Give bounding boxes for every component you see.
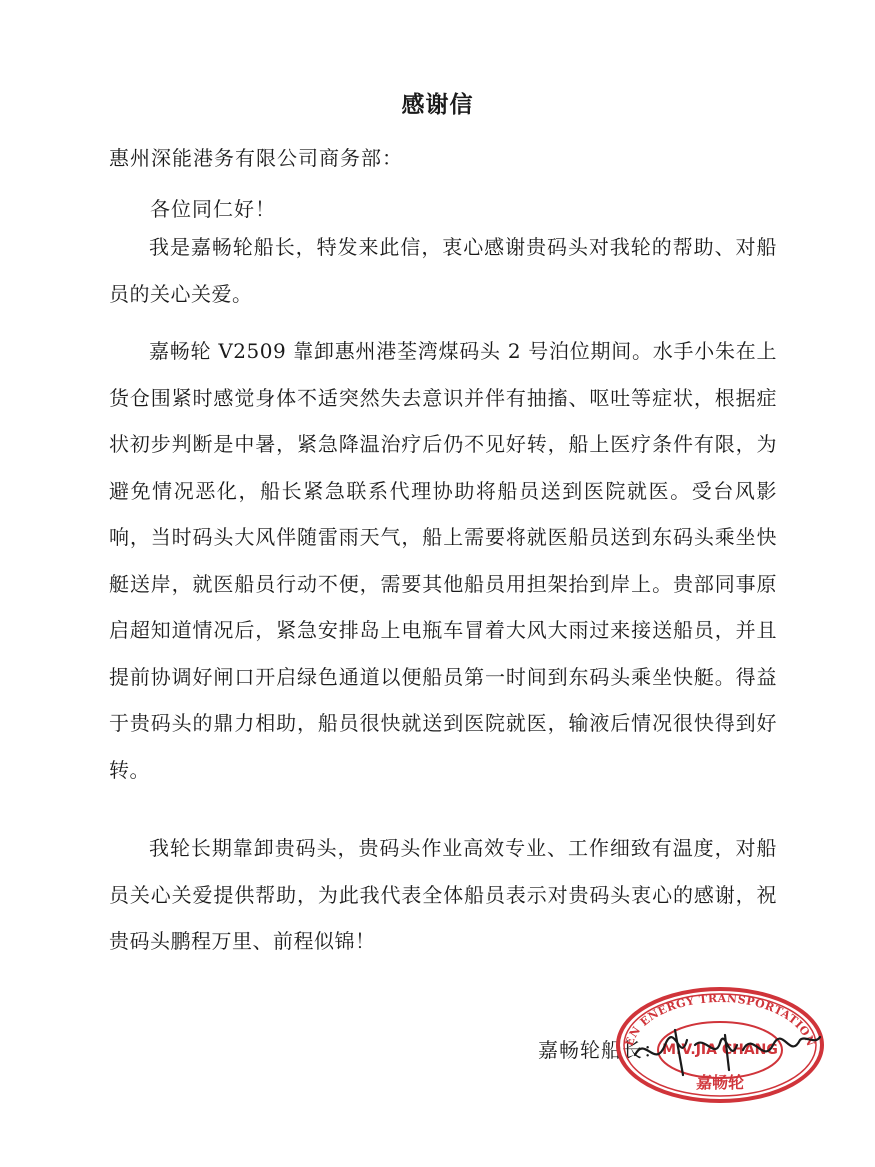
recipient: 惠州深能港务有限公司商务部： [109, 142, 403, 171]
handwritten-signature-icon [625, 1015, 825, 1085]
greeting: 各位同仁好！ [150, 193, 276, 222]
paragraph-incident: 嘉畅轮 V2509 靠卸惠州港荃湾煤码头 2 号泊位期间。水手小朱在上货仓围紧时… [109, 328, 777, 793]
paragraph-closing: 我轮长期靠卸贵码头，贵码头作业高效专业、工作细致有温度，对船员关心关爱提供帮助，… [109, 825, 777, 965]
paragraph-intro: 我是嘉畅轮船长，特发来此信，衷心感谢贵码头对我轮的帮助、对船员的关心关爱。 [109, 224, 777, 317]
letter-title: 感谢信 [0, 86, 875, 119]
